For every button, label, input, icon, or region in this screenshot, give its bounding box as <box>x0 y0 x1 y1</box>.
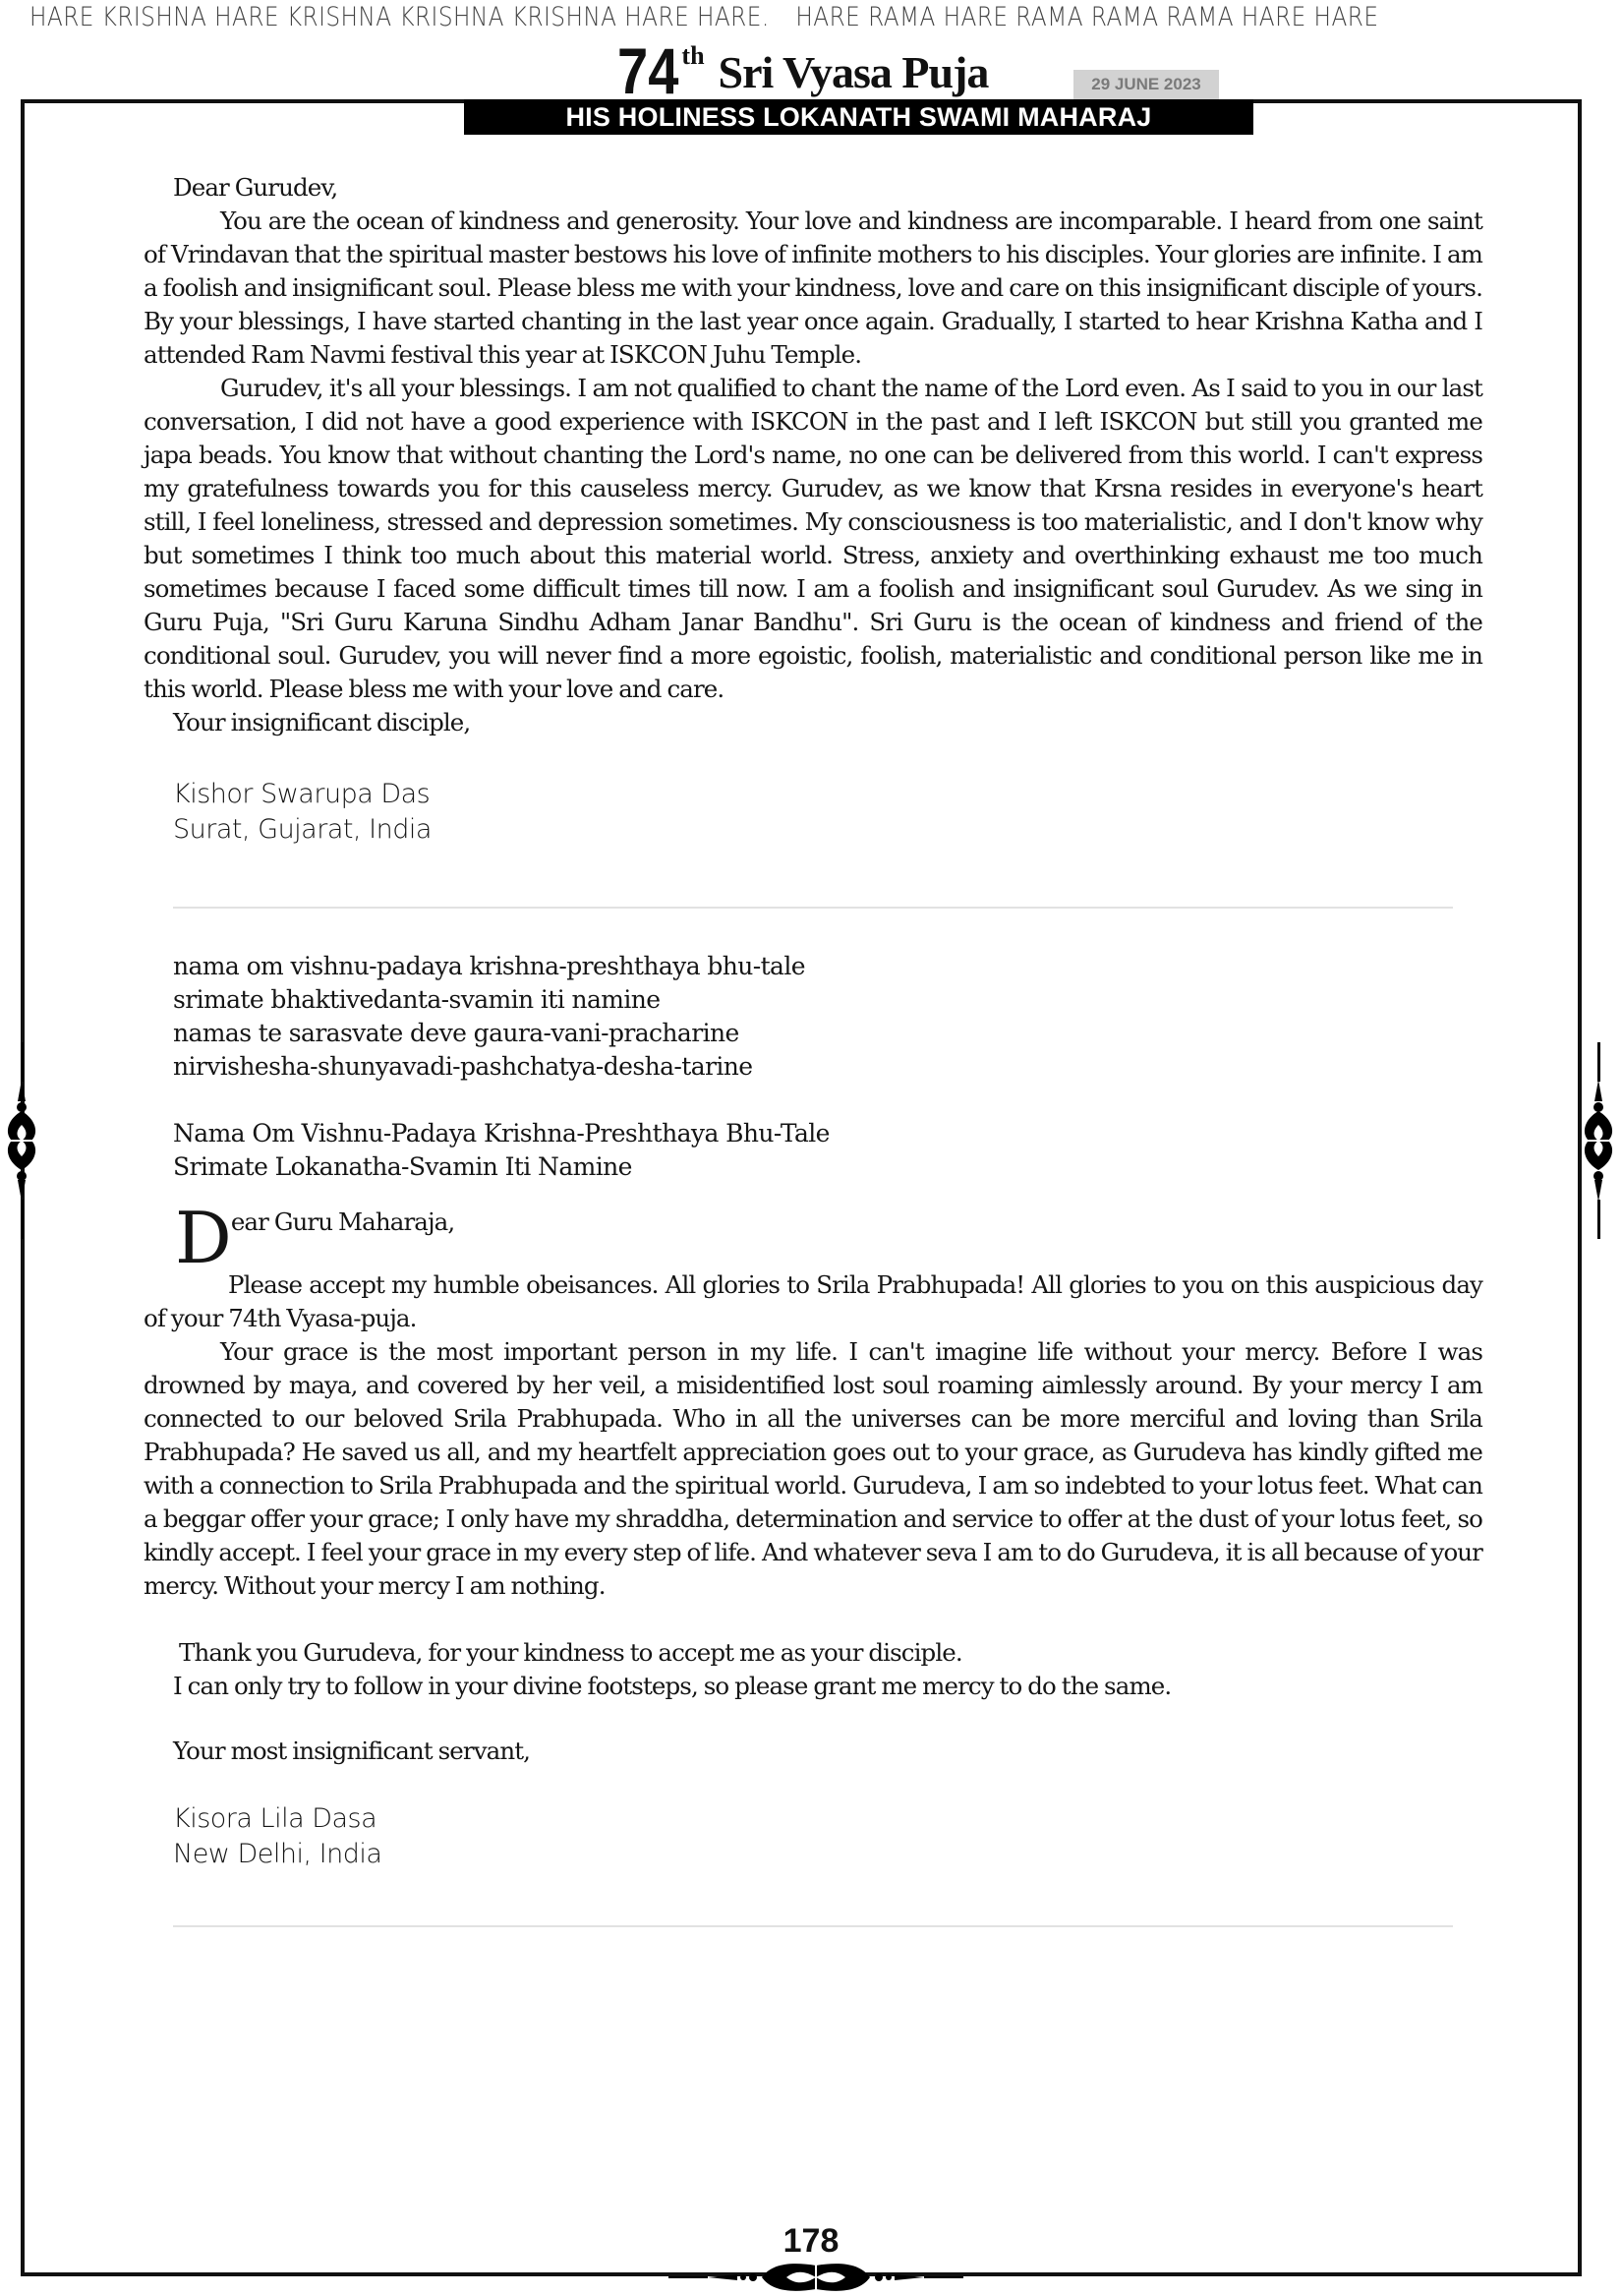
letter-2-signature-name: Kisora Lila Dasa <box>144 1801 1482 1837</box>
verse-line: nirvishesha-shunyavadi-pashchatya-desha-… <box>144 1050 1482 1084</box>
mantra-right: HARE RAMA HARE RAMA RAMA RAMA HARE HARE <box>795 2 1378 32</box>
guru-verse-line: Nama Om Vishnu-Padaya Krishna-Preshthaya… <box>144 1117 1482 1150</box>
page-number: 178 <box>0 2222 1622 2261</box>
pranam-mantras: nama om vishnu-padaya krishna-preshthaya… <box>144 950 1482 1184</box>
letter-1-paragraph: You are the ocean of kindness and genero… <box>144 205 1482 372</box>
letter-1-signature-location: Surat, Gujarat, India <box>144 812 1482 848</box>
mantra-left: HARE KRISHNA HARE KRISHNA KRISHNA KRISHN… <box>29 2 770 32</box>
title-number: 74 <box>617 41 678 100</box>
letter-2-signature-location: New Delhi, India <box>144 1837 1482 1872</box>
page-content: Dear Gurudev, You are the ocean of kindn… <box>144 171 1482 1927</box>
page-title: 74 th Sri Vyasa Puja <box>617 35 988 100</box>
thanks-line: Thank you Gurudeva, for your kindness to… <box>144 1636 1482 1670</box>
verse-line: nama om vishnu-padaya krishna-preshthaya… <box>144 950 1482 983</box>
letter-2-paragraph: Please accept my humble obeisances. All … <box>144 1268 1482 1335</box>
letter-1-paragraph: Gurudev, it's all your blessings. I am n… <box>144 372 1482 706</box>
damask-scroll-icon <box>2 1042 41 1239</box>
letter-2-paragraph: Your grace is the most important person … <box>144 1335 1482 1603</box>
date-badge: 29 JUNE 2023 <box>1073 70 1219 99</box>
name-banner: HIS HOLINESS LOKANATH SWAMI MAHARAJ <box>464 99 1253 135</box>
letter-1: Dear Gurudev, You are the ocean of kindn… <box>144 171 1482 848</box>
thanks-line: I can only try to follow in your divine … <box>144 1670 1482 1703</box>
salutation-rest: ear Guru Maharaja, <box>231 1206 454 1239</box>
verse-line: srimate bhaktivedanta-svamin iti namine <box>144 983 1482 1017</box>
letter-2-salutation: D ear Guru Maharaja, <box>144 1202 1482 1268</box>
title-superscript: th <box>681 41 704 71</box>
letter-1-closing: Your insignificant disciple, <box>144 706 1482 739</box>
letter-1-salutation: Dear Gurudev, <box>144 171 1482 205</box>
letter-2-closing: Your most insignificant servant, <box>144 1735 1482 1768</box>
flourish-divider-icon <box>668 2260 963 2295</box>
damask-scroll-icon <box>1579 1042 1618 1239</box>
drop-cap: D <box>175 1206 231 1270</box>
verse-line: namas te sarasvate deve gaura-vani-prach… <box>144 1017 1482 1050</box>
letter-2: D ear Guru Maharaja, Please accept my hu… <box>144 1202 1482 1872</box>
guru-verse-line: Srimate Lokanatha-Svamin Iti Namine <box>144 1150 1482 1184</box>
section-divider <box>173 1925 1453 1927</box>
title-text: Sri Vyasa Puja <box>719 45 989 100</box>
mantra-header: HARE KRISHNA HARE KRISHNA KRISHNA KRISHN… <box>29 2 1382 32</box>
letter-1-signature-name: Kishor Swarupa Das <box>144 777 1482 812</box>
